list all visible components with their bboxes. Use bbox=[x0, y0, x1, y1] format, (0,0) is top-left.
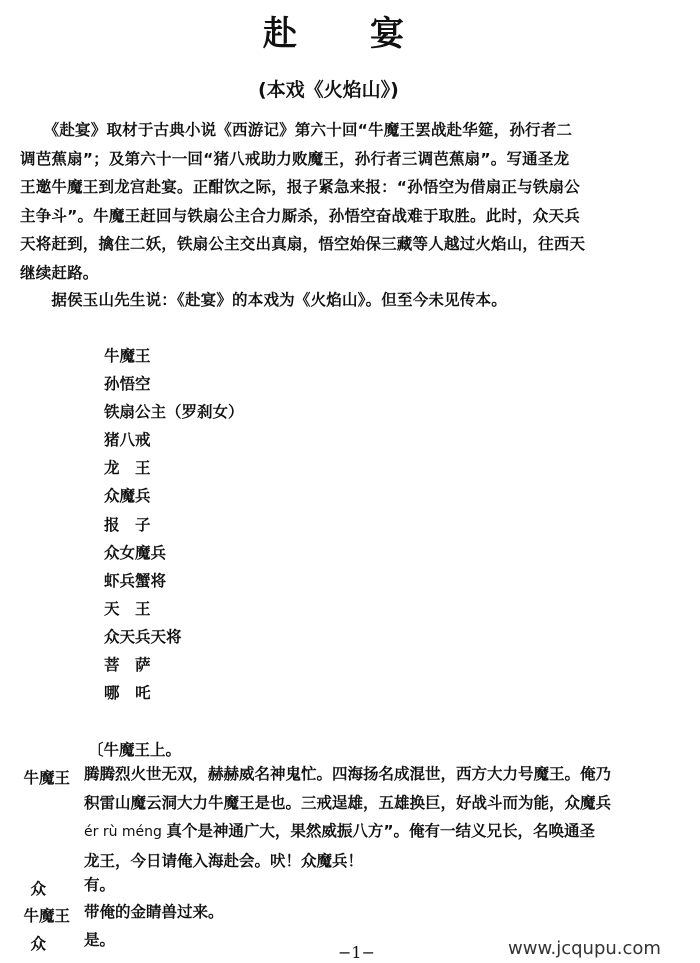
dialogue-text: 是。 bbox=[84, 926, 115, 955]
dialogue-line: 是。 bbox=[84, 926, 115, 955]
intro-line: 天将赶到，擒住二妖，铁扇公主交出真扇，悟空始保三藏等人越过火焰山，往西天 bbox=[20, 230, 680, 259]
dialogue-line: 带俺的金睛兽过来。 bbox=[84, 898, 224, 927]
dialogue-text: 有。 bbox=[84, 871, 115, 900]
stage-direction: 〔牛魔王上。 bbox=[88, 738, 181, 760]
page-number: −1− bbox=[338, 943, 375, 962]
cast-item: 孙悟空 bbox=[104, 370, 244, 398]
dialogue-line: 积雷山魔云洞大力牛魔王是也。三戒逞雄，五雄换巨，好战斗而为能，众魔兵 bbox=[84, 789, 611, 818]
intro-line: 调芭蕉扇”；及第六十一回“猪八戒助力败魔王，孙行者三调芭蕉扇”。写通圣龙 bbox=[20, 145, 680, 174]
title-char-1: 赴 bbox=[263, 6, 299, 55]
cast-item: 天 王 bbox=[104, 595, 244, 623]
cast-item: 众天兵天将 bbox=[104, 623, 244, 651]
intro-paragraph-2: 据侯玉山先生说：《赴宴》的本戏为《火焰山》。但至今未见传本。 bbox=[20, 286, 680, 315]
speaker: 众 bbox=[0, 932, 46, 954]
cast-item: 菩 萨 bbox=[104, 651, 244, 679]
cast-item: 铁扇公主（罗刹女） bbox=[104, 398, 244, 426]
cast-item: 报 子 bbox=[104, 511, 244, 539]
cast-item: 虾兵蟹将 bbox=[104, 567, 244, 595]
cast-item: 牛魔王 bbox=[104, 342, 244, 370]
subtitle: (本戏《火焰山》) bbox=[258, 75, 399, 102]
cast-item: 众魔兵 bbox=[104, 482, 244, 510]
intro-line: 《赴宴》取材于古典小说《西游记》第六十回“牛魔王罢战赴华筵，孙行者二 bbox=[20, 116, 680, 145]
dialogue-text: 带俺的金睛兽过来。 bbox=[84, 898, 224, 927]
intro-line: 继续赶路。 bbox=[20, 259, 680, 288]
dialogue-line: 龙王，今日请俺入海赴会。吠！众魔兵！ bbox=[84, 847, 611, 876]
intro-line: 据侯玉山先生说：《赴宴》的本戏为《火焰山》。但至今未见传本。 bbox=[20, 286, 680, 315]
pinyin-annotation: ér rù méng bbox=[84, 824, 166, 840]
cast-item: 猪八戒 bbox=[104, 426, 244, 454]
intro-line: 主争斗”。牛魔王赶回与铁扇公主合力厮杀，孙悟空奋战难于取胜。此时，众天兵 bbox=[20, 202, 680, 231]
intro-line: 王邀牛魔王到龙宫赴宴。正酣饮之际，报子紧急来报：“孙悟空为借扇正与铁扇公 bbox=[20, 173, 680, 202]
speaker: 牛魔王 bbox=[0, 766, 70, 788]
watermark: www.jcqupu.com bbox=[508, 938, 661, 959]
speaker: 众 bbox=[0, 877, 46, 899]
speaker: 牛魔王 bbox=[0, 904, 70, 926]
dialogue-text: 腾腾烈火世无双，赫赫威名神鬼忙。四海扬名成混世，西方大力号魔王。俺乃 积雷山魔云… bbox=[84, 760, 611, 875]
title-char-2: 宴 bbox=[370, 6, 406, 55]
intro-paragraph-1: 《赴宴》取材于古典小说《西游记》第六十回“牛魔王罢战赴华筵，孙行者二 调芭蕉扇”… bbox=[20, 116, 680, 287]
cast-list: 牛魔王 孙悟空 铁扇公主（罗刹女） 猪八戒 龙 王 众魔兵 报 子 众女魔兵 虾… bbox=[104, 342, 244, 707]
dialogue-line: ér rù méng 真个是神通广大，果然威振八方”。俺有一结义兄长，名唤通圣 bbox=[84, 817, 611, 847]
dialogue-line-rest: 真个是神通广大，果然威振八方”。俺有一结义兄长，名唤通圣 bbox=[166, 822, 595, 840]
cast-item: 龙 王 bbox=[104, 454, 244, 482]
cast-item: 哪 吒 bbox=[104, 679, 244, 707]
dialogue-line: 有。 bbox=[84, 871, 115, 900]
cast-item: 众女魔兵 bbox=[104, 539, 244, 567]
dialogue-line: 腾腾烈火世无双，赫赫威名神鬼忙。四海扬名成混世，西方大力号魔王。俺乃 bbox=[84, 760, 611, 789]
